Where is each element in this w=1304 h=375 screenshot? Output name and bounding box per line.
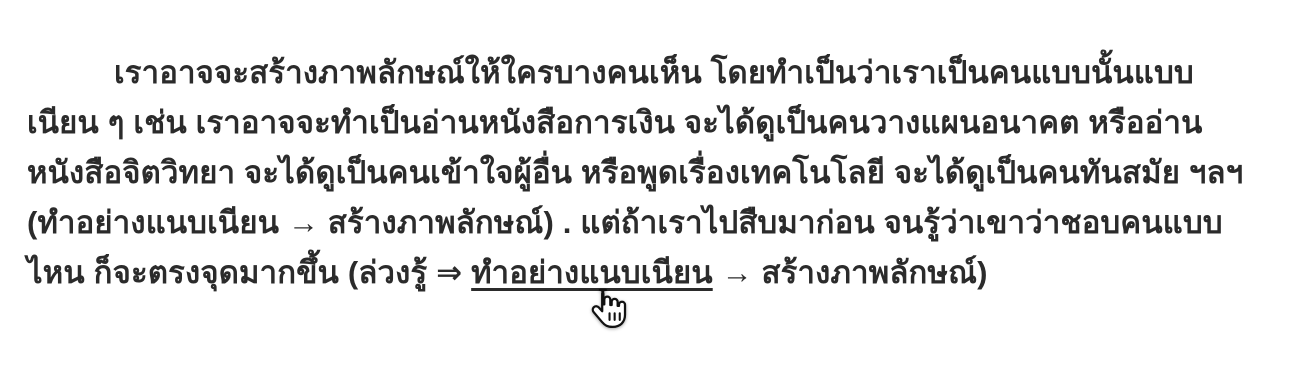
paragraph-line-4: (ทำอย่างแนบเนียน → สร้างภาพลักษณ์) . แต่… [27, 198, 1284, 248]
paragraph-line-5: ไหน ก็จะตรงจุดมากขึ้น (ล่วงรู้ ⇒ ทำอย่าง… [27, 248, 1284, 298]
line5-text-after: → สร้างภาพลักษณ์) [713, 255, 988, 290]
paragraph-line-1: เราอาจจะสร้างภาพลักษณ์ให้ใครบางคนเห็น โด… [27, 48, 1284, 98]
line5-text-before: ไหน ก็จะตรงจุดมากขึ้น (ล่วงรู้ ⇒ [27, 255, 471, 290]
thai-paragraph: เราอาจจะสร้างภาพลักษณ์ให้ใครบางคนเห็น โด… [27, 48, 1284, 298]
underlined-link-text[interactable]: ทำอย่างแนบเนียน [471, 255, 713, 290]
document-page: เราอาจจะสร้างภาพลักษณ์ให้ใครบางคนเห็น โด… [0, 0, 1304, 375]
paragraph-line-2: เนียน ๆ เช่น เราอาจจะทำเป็นอ่านหนังสือกา… [27, 98, 1284, 148]
paragraph-line-3: หนังสือจิตวิทยา จะได้ดูเป็นคนเข้าใจผู้อื… [27, 148, 1284, 198]
